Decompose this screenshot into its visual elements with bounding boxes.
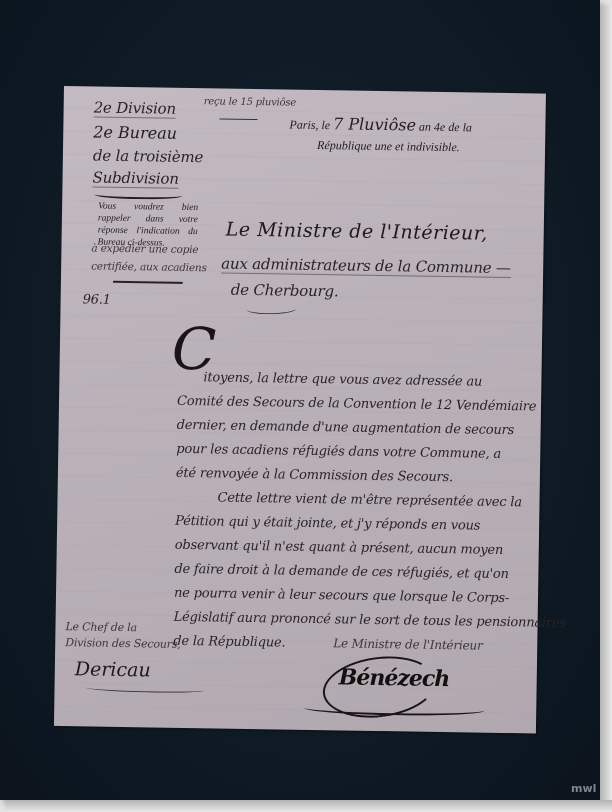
body-line: Pétition qui y était jointe, et j'y répo… (175, 514, 480, 534)
dateline-republic: République une et indivisible. (317, 138, 460, 155)
addressee-flourish (246, 303, 296, 315)
dateline-line-1: Paris, le 7 Pluviôse an 4e de la (289, 114, 472, 136)
minister-signature-tail (304, 702, 484, 717)
margin-note-line-2: certifiée, aux acadiens (91, 260, 207, 274)
dateline-place: Paris, le (289, 118, 330, 133)
top-annotation: reçu le 15 pluviôse (204, 96, 296, 108)
body-line: de la République. (173, 634, 285, 651)
letterhead-bureau: 2e Bureau (93, 122, 177, 142)
body-line: itoyens, la lettre que vous avez adressé… (203, 370, 482, 389)
body-line: ne pourra venir à leur secours que lorsq… (174, 586, 509, 606)
dateline-day-month: 7 Pluviôse (333, 114, 416, 134)
chef-signature-tail (84, 684, 204, 693)
margin-ink-bar (113, 281, 183, 284)
letterhead-division: 2e Division (94, 98, 177, 118)
body-line: observant qu'il n'est quant à présent, a… (175, 538, 503, 558)
addressee-line-1: aux administrateurs de la Commune — (221, 254, 511, 278)
body-line: de faire droit à la demande de ces réfug… (174, 562, 509, 582)
letterhead-flourish (94, 190, 182, 199)
chef-signature: Dericau (75, 658, 151, 681)
minister-signature: Bénézech (339, 664, 450, 692)
margin-note-line-1: à expédier une copie (91, 242, 198, 256)
letterhead-subdivision-line-1: de la troisième (93, 146, 204, 166)
frame-shadow-bottom (6, 800, 612, 812)
body-line: été renvoyée à la Commission des Secours… (176, 466, 453, 485)
addressee-line-2: de Cherbourg. (231, 281, 339, 301)
closing-minister-label: Le Ministre de l'Intérieur (333, 636, 482, 652)
margin-number: 96.1 (83, 292, 111, 307)
chef-line-2: Division des Secours, (65, 636, 180, 651)
body-line: Comité des Secours de la Convention le 1… (177, 394, 537, 415)
body-line: Cette lettre vient de m'être représentée… (217, 490, 522, 510)
minister-title: Le Ministre de l'Intérieur, (226, 219, 488, 245)
photographer-watermark: mwl (571, 782, 596, 795)
letter-document: 2e Division 2e Bureau de la troisième Su… (54, 86, 546, 733)
dateline-year: an 4e de la (419, 120, 472, 135)
letterhead-subdivision-line-2: Subdivision (92, 168, 178, 188)
body-line: pour les acadiens réfugiés dans votre Co… (176, 442, 501, 462)
body-line: Législatif aura prononcé sur le sort de … (174, 610, 567, 631)
body-line: dernier, en demande d'une augmentation d… (177, 418, 515, 438)
chef-line-1: Le Chef de la (65, 620, 137, 634)
frame-shadow-right (600, 6, 612, 812)
top-annotation-rule (219, 118, 257, 120)
